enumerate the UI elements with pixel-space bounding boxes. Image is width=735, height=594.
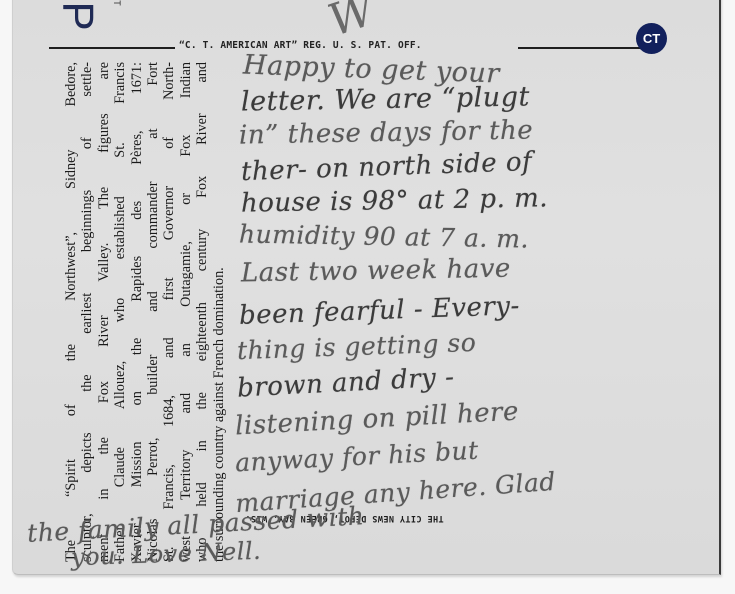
handwritten-line: house is 98° at 2 p. m. (241, 183, 549, 218)
postcard-back: P T W “C. T. AMERICAN ART” REG. U. S. PA… (12, 0, 721, 575)
handwritten-line: been fearful - Every- (239, 291, 521, 331)
handwritten-line: letter. We are “plugt (241, 81, 530, 117)
printed-description: The “Spirit of the Northwest”, Sidney Be… (63, 62, 253, 562)
description-line: west Territory and an Outagamie, or Fox … (178, 62, 194, 562)
divider-rule-left (49, 47, 175, 49)
handwritten-line: Last two week have (241, 254, 511, 289)
description-line: The “Spirit of the Northwest”, Sidney Be… (63, 62, 79, 562)
description-line: Father Claude Allouez, who established S… (112, 62, 128, 562)
description-line: sculptor, depicts the earliest beginning… (79, 62, 95, 562)
header-large-letter: P (56, 1, 100, 30)
handwritten-line: thing is getting so (237, 328, 477, 365)
description-line: ment in the Fox River Valley. The figure… (96, 62, 112, 562)
handwritten-line: in” these days for the (239, 115, 534, 150)
logo-label: CT (643, 31, 660, 46)
description-line: who held in the eighteenth century Fox R… (194, 62, 210, 562)
description-line: Nicolas Perrot, builder and commander at… (145, 62, 161, 562)
handwritten-line: brown and dry - (236, 362, 455, 403)
header-small-letter: T (112, 0, 122, 6)
description-line: the surrounding country against French d… (211, 62, 227, 562)
divider-rule-right (518, 47, 646, 49)
handwritten-line: ther- on north side of (241, 147, 533, 187)
handwritten-line: humidity 90 at 7 a. m. (239, 219, 529, 253)
trademark-text: “C. T. AMERICAN ART” REG. U. S. PAT. OFF… (179, 40, 422, 51)
description-line: St. Francis, 1684, and first Governor of… (161, 62, 177, 562)
handwritten-line: anyway for his but (234, 436, 479, 478)
description-line: Xavier Mission on the Rapides des Pères,… (129, 62, 145, 562)
ct-chicago-logo-icon: CT (636, 23, 667, 54)
handwritten-line: you. Love Nell. (71, 537, 262, 572)
